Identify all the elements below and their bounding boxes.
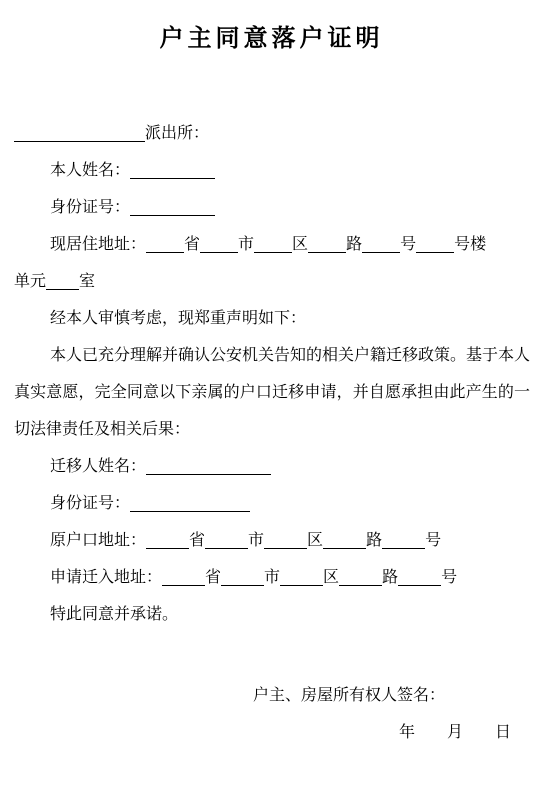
date-line: 年月日 [14, 713, 530, 750]
unit-district-label: 区 [307, 530, 323, 549]
target-address-line: 申请迁入地址：省市区路号 [14, 558, 530, 595]
date-month-label: 月 [447, 722, 463, 741]
declaration-intro-text: 经本人审慎考虑，现郑重声明如下： [50, 308, 306, 327]
unit-province-label: 省 [189, 530, 205, 549]
target-address-blank-district [280, 569, 323, 586]
holder-name-label: 本人姓名： [50, 160, 130, 179]
origin-address-blank-number [382, 532, 425, 549]
document-page: 户主同意落户证明 派出所： 本人姓名： 身份证号： 现居住地址：省市区路号号楼 … [0, 0, 543, 809]
signature-label: 户主、房屋所有权人签名： [253, 685, 445, 704]
current-address-line: 现居住地址：省市区路号号楼 [14, 225, 530, 262]
date-day-label: 日 [495, 722, 511, 741]
holder-id-label: 身份证号： [50, 197, 130, 216]
target-address-blank-number [398, 569, 441, 586]
unit-road-label: 路 [346, 234, 362, 253]
migrant-name-blank [146, 458, 271, 475]
unit-road-label: 路 [382, 567, 398, 586]
unit-prefix-label: 单元 [14, 271, 46, 290]
closing-line: 特此同意并承诺。 [14, 595, 530, 632]
origin-address-blank-district [264, 532, 307, 549]
unit-city-label: 市 [264, 567, 280, 586]
unit-number-label: 号 [441, 567, 457, 586]
target-address-blank-city [221, 569, 264, 586]
unit-number-label: 号 [425, 530, 441, 549]
current-address-blank-district [254, 236, 292, 253]
unit-number-label: 号 [400, 234, 416, 253]
document-body: 派出所： 本人姓名： 身份证号： 现居住地址：省市区路号号楼 单元室 经本人审慎… [0, 114, 543, 750]
date-year-label: 年 [399, 722, 415, 741]
target-address-blank-road [339, 569, 382, 586]
target-address-label: 申请迁入地址： [50, 567, 162, 586]
closing-text: 特此同意并承诺。 [50, 604, 178, 623]
origin-address-blank-city [205, 532, 248, 549]
document-title: 户主同意落户证明 [0, 20, 543, 56]
origin-address-line: 原户口地址：省市区路号 [14, 521, 530, 558]
current-address-line2: 单元室 [14, 262, 530, 299]
police-station-suffix: 派出所： [145, 123, 209, 142]
current-address-label: 现居住地址： [50, 234, 146, 253]
unit-building-label: 号楼 [454, 234, 486, 253]
current-address-blank-road [308, 236, 346, 253]
origin-address-label: 原户口地址： [50, 530, 146, 549]
origin-address-blank-province [146, 532, 189, 549]
unit-district-label: 区 [292, 234, 308, 253]
police-station-line: 派出所： [14, 114, 530, 151]
unit-city-label: 市 [248, 530, 264, 549]
unit-province-label: 省 [184, 234, 200, 253]
target-address-blank-province [162, 569, 205, 586]
migrant-id-line: 身份证号： [14, 484, 530, 521]
origin-address-blank-road [323, 532, 366, 549]
holder-name-blank [130, 162, 215, 179]
unit-city-label: 市 [238, 234, 254, 253]
migrant-id-blank [130, 495, 250, 512]
holder-id-line: 身份证号： [14, 188, 530, 225]
unit-district-label: 区 [323, 567, 339, 586]
signature-line: 户主、房屋所有权人签名： [14, 676, 530, 713]
room-label: 室 [79, 271, 95, 290]
unit-province-label: 省 [205, 567, 221, 586]
holder-name-line: 本人姓名： [14, 151, 530, 188]
statement-paragraph: 本人已充分理解并确认公安机关告知的相关户籍迁移政策。基于本人真实意愿，完全同意以… [14, 336, 530, 447]
police-station-blank [14, 125, 145, 142]
declaration-intro-line: 经本人审慎考虑，现郑重声明如下： [14, 299, 530, 336]
current-address-blank-province [146, 236, 184, 253]
migrant-id-label: 身份证号： [50, 493, 130, 512]
current-address-blank-room [46, 273, 79, 290]
current-address-blank-city [200, 236, 238, 253]
unit-road-label: 路 [366, 530, 382, 549]
holder-id-blank [130, 199, 215, 216]
current-address-blank-building [416, 236, 454, 253]
migrant-name-line: 迁移人姓名： [14, 447, 530, 484]
migrant-name-label: 迁移人姓名： [50, 456, 146, 475]
current-address-blank-number [362, 236, 400, 253]
